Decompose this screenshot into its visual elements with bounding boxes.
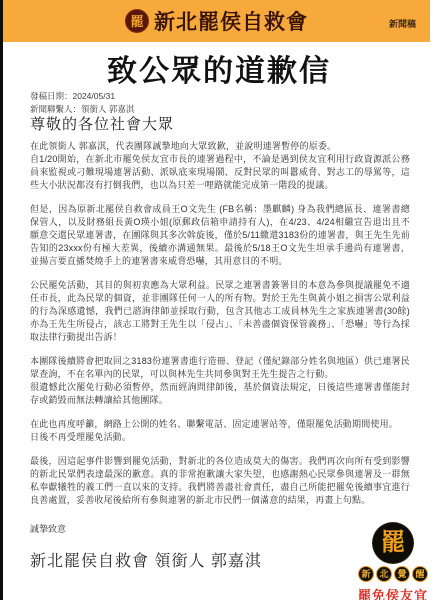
stamp-slogan: 罷免侯友宜: [358, 585, 428, 600]
letter-paragraph: 最後，因這起事件影響到罷免活動，對新北的各位造成莫大的傷害。我們再次向所有受到影…: [30, 455, 410, 507]
press-release-tag: 新聞稿: [389, 17, 416, 30]
stamp-logo-glyph: 罷: [381, 531, 405, 555]
stamp-badges: 新 北 覺 醒: [358, 566, 428, 582]
letter-closing: 誠摯致意: [30, 522, 66, 535]
left-edge-strip: [0, 0, 3, 600]
stamp-badge: 覺: [394, 566, 410, 582]
letter-paragraph: 在此領銜人 郭嘉淇，代表團隊誠摯地向大眾致歉，並說明連署暫停的原委。 自1/20…: [30, 140, 410, 192]
org-name: 新北罷侯自救會: [154, 6, 308, 36]
awakening-stamp-icon: 罷: [373, 523, 413, 563]
letter-paragraph: 公民罷免活動，其目的與初衷應為大眾利益。民眾之連署書簽署目的本意為參與提議罷免不…: [30, 279, 410, 344]
apology-letter-page: 罷 新北罷侯自救會 新聞稿 致公眾的道歉信 發稿日期：2024/05/31 新聞…: [0, 0, 438, 600]
meta-date: 發稿日期：2024/05/31: [30, 90, 134, 103]
org-logo-icon: 罷: [125, 9, 149, 33]
org-logo-glyph: 罷: [130, 15, 143, 28]
letter-signature: 新北罷侯自救會 領銜人 郭嘉淇: [30, 548, 262, 571]
letter-meta: 發稿日期：2024/05/31 新聞聯繫人：領銜人 郭嘉淇: [30, 90, 134, 116]
letter-body: 尊敬的各位社會大眾 在此領銜人 郭嘉淇，代表團隊誠摯地向大眾致歉，並說明連署暫停…: [30, 113, 410, 518]
org-brand: 罷 新北罷侯自救會: [125, 6, 308, 36]
letter-paragraph: 本團隊後續將會把取回之3183份連署書進行造冊、登記（僅紀錄部分姓名與地區）供已…: [30, 355, 410, 407]
stamp-badge: 新: [358, 566, 374, 582]
stamp-badge: 醒: [412, 566, 428, 582]
letter-title: 致公眾的道歉信: [0, 46, 438, 90]
letter-paragraph: 在此也再度呼籲，網路上公開的姓名、聯繫電話、固定連署站等，僅限罷免活動期間使用。…: [30, 418, 410, 444]
letter-greeting: 尊敬的各位社會大眾: [30, 113, 410, 134]
stamp-badge: 北: [376, 566, 392, 582]
letter-paragraph: 但是，因為原新北罷侯自救會成員王O文先生 (FB名稱：墨麒麟) 身為我們總區長、…: [30, 203, 410, 268]
awakening-stamp: 罷 新 北 覺 醒 罷免侯友宜: [354, 523, 432, 600]
press-release-header: 罷 新北罷侯自救會 新聞稿: [3, 0, 430, 42]
